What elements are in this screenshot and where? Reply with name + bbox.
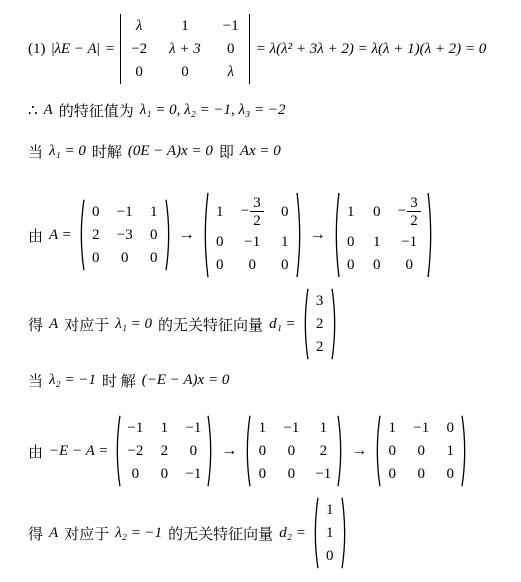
matrix-cell: 0 (387, 441, 397, 461)
matrix-cell: 1 (372, 232, 382, 252)
right-paren (461, 415, 468, 487)
eigenvalue-label: 的特征值为 (59, 100, 134, 121)
fraction-numerator: 3 (407, 195, 421, 212)
matrix-cell: −32 (398, 195, 421, 229)
factored-polynomial: = λ(λ² + 3λ + 2) = λ(λ + 1)(λ + 2) = 0 (256, 41, 487, 58)
matrix-cell: 0 (257, 441, 267, 461)
matrix-cell: −1 (283, 418, 299, 438)
matrix-cell: λ (134, 16, 144, 36)
matrix-cell: 0 (325, 546, 335, 566)
matrix-cell: 1 (180, 16, 190, 36)
right-paren (296, 192, 303, 278)
matrix-cell: 2 (91, 225, 101, 245)
fraction: 32 (250, 195, 264, 229)
left-paren (333, 192, 340, 278)
lambda2-condition: λ₂ = −1 (49, 372, 96, 389)
left-paren (302, 288, 309, 360)
matrix-cell: 0 (149, 248, 159, 268)
row-reduction-line-2: 由 −E − A = −11−1−22000−1 → 1−1100200−1 →… (28, 415, 517, 487)
left-paren (78, 199, 85, 271)
fraction: 32 (407, 195, 421, 229)
eigenvector-d1-line: 得 A 对应于 λ₁ = 0 的无关特征向量 d₁ = 322 (28, 288, 517, 360)
matrix-cell: λ + 3 (169, 39, 201, 59)
matrix-cell: 0 (286, 464, 296, 484)
matrix-cell: 2 (318, 441, 328, 461)
therefore-symbol: ∴ (28, 101, 38, 120)
matrix-grid: −11−1−22000−1 (121, 415, 207, 487)
matrix-minus-E-minus-A: −11−1−22000−1 (114, 415, 214, 487)
eigenvector-label: 的无关特征向量 (168, 523, 273, 544)
equals-sign: = (106, 41, 114, 58)
matrix-cell: 1 (159, 418, 169, 438)
right-paren (165, 199, 172, 271)
matrix-cell: 0 (372, 202, 382, 222)
corresponds-label: 对应于 (64, 523, 109, 544)
get-label: 得 (28, 314, 43, 335)
matrix-cell: 1 (325, 523, 335, 543)
when-label: 当 (28, 141, 43, 162)
get-label: 得 (28, 523, 43, 544)
matrix-grid: 1−3200−11000 (209, 192, 296, 278)
matrix-cell: 0 (445, 418, 455, 438)
matrix-cell: 0 (134, 62, 144, 82)
matrix-grid: 1−10001000 (381, 415, 461, 487)
eigenvector-d1: 322 (302, 288, 338, 360)
matrix-cell: 1 (387, 418, 397, 438)
fraction-sign: − (241, 203, 249, 219)
system-equation: (−E − A)x = 0 (142, 372, 230, 389)
row-reduce-arrow: → (310, 226, 326, 244)
matrix-cell: 0 (120, 248, 130, 268)
matrix-grid: 1−1100200−1 (251, 415, 337, 487)
matrix-cell: 0 (188, 441, 198, 461)
matrix-cell: −1 (223, 16, 239, 36)
matrix-cell: 0 (280, 255, 290, 275)
matrix-cell: −2 (131, 39, 147, 59)
matrix-cell: −2 (127, 441, 143, 461)
left-paren (374, 415, 381, 487)
matrix-grid: 110 (319, 497, 341, 569)
left-paren (312, 497, 319, 569)
right-paren (341, 497, 348, 569)
determinant-bar (249, 14, 250, 84)
by-label: 由 (28, 225, 43, 246)
problem-number: (1) (28, 41, 46, 58)
matrix-cell: 0 (91, 202, 101, 222)
matrix-cell: 0 (416, 464, 426, 484)
solve-label: 时解 (92, 141, 122, 162)
matrix-A-symbol: A (49, 316, 58, 333)
eigenvalue-list: λ₁ = 0, λ₂ = −1, λ₃ = −2 (140, 102, 286, 119)
row-reduction-line-1: 由 A = 0−112−30000 → 1−3200−11000 → 10−32… (28, 192, 517, 278)
matrix-cell: −1 (244, 232, 260, 252)
ax-equation: Ax = 0 (240, 143, 281, 160)
row-reduce-arrow: → (221, 442, 237, 460)
matrix-cell: 0 (346, 232, 356, 252)
matrix-cell: 1 (325, 500, 335, 520)
corresponds-label: 对应于 (64, 314, 109, 335)
d2-equals: d₂ = (279, 525, 306, 542)
matrix-grid: 0−112−30000 (85, 199, 165, 271)
matrix-cell: 0 (404, 255, 414, 275)
left-paren (114, 415, 121, 487)
matrix-cell: 1 (280, 232, 290, 252)
matrix-cell: 0 (91, 248, 101, 268)
characteristic-polynomial-line: (1) |λE − A| = λ1−1−2λ + 3000λ = λ(λ² + … (28, 14, 517, 84)
matrix-cell: 1 (257, 418, 267, 438)
matrix-cell: 0 (387, 464, 397, 484)
matrix-cell: −1 (185, 418, 201, 438)
left-paren (244, 415, 251, 487)
fraction-denominator: 2 (253, 212, 261, 229)
determinant-lhs: |λE − A| (52, 41, 100, 58)
abs-bar-right: | (97, 41, 100, 57)
lambda1-condition: λ₁ = 0 (115, 316, 152, 333)
matrix-cell: 1 (149, 202, 159, 222)
matrix-grid: 10−3201−1000 (340, 192, 427, 278)
solve-label: 时 解 (102, 370, 136, 391)
matrix-cell: 0 (215, 232, 225, 252)
fraction-denominator: 2 (410, 212, 418, 229)
eigenvector-d2-line: 得 A 对应于 λ₂ = −1 的无关特征向量 d₂ = 110 (28, 497, 517, 569)
matrix-cell: 2 (315, 337, 325, 357)
matrix-cell: λ (226, 62, 236, 82)
matrix-cell: 1 (318, 418, 328, 438)
matrix-cell: 2 (159, 441, 169, 461)
matrix-cell: 0 (445, 464, 455, 484)
matrix-A: 0−112−30000 (78, 199, 172, 271)
matrix-cell: 0 (215, 255, 225, 275)
lambda2-condition: λ₂ = −1 (115, 525, 162, 542)
matrix-A-symbol: A (49, 525, 58, 542)
right-paren (207, 415, 214, 487)
matrix-cell: 0 (159, 464, 169, 484)
matrix-cell: 0 (130, 464, 140, 484)
eigenvector-label: 的无关特征向量 (158, 314, 263, 335)
matrix-cell: 0 (226, 39, 236, 59)
eigenvector-d2: 110 (312, 497, 348, 569)
matrix-cell: 0 (149, 225, 159, 245)
matrix-cell: −1 (127, 418, 143, 438)
document-page: { "doc": { "glyphs": { "bar": "|" }, "li… (0, 0, 521, 582)
when-label: 当 (28, 370, 43, 391)
case-lambda2-line: 当 λ₂ = −1 时 解 (−E − A)x = 0 (28, 370, 517, 391)
system-equation: (0E − A)x = 0 (128, 143, 213, 160)
fraction-sign: − (398, 203, 406, 219)
matrix-cell: −1 (185, 464, 201, 484)
matrix-cell: −3 (117, 225, 133, 245)
matrix-cell: 1 (445, 441, 455, 461)
matrix-cell: 1 (346, 202, 356, 222)
row-reduce-arrow: → (351, 442, 367, 460)
fraction-numerator: 3 (250, 195, 264, 212)
matrix-cell: −1 (117, 202, 133, 222)
matrix-cell: −32 (241, 195, 264, 229)
determinant-matrix: λ1−1−2λ + 3000λ (120, 14, 250, 84)
d1-equals: d₁ = (269, 316, 296, 333)
matrix-grid: λ1−1−2λ + 3000λ (121, 14, 249, 84)
matrix-cell: −1 (401, 232, 417, 252)
matrix-A-equals: A = (49, 227, 72, 244)
matrix-cell: 1 (215, 202, 225, 222)
matrix-cell: −1 (315, 464, 331, 484)
matrix-cell: 0 (180, 62, 190, 82)
matrix-cell: 0 (286, 441, 296, 461)
eigenvalues-line: ∴ A 的特征值为 λ₁ = 0, λ₂ = −1, λ₃ = −2 (28, 100, 517, 121)
matrix-cell: 2 (315, 314, 325, 334)
matrix-cell: 0 (372, 255, 382, 275)
right-paren (427, 192, 434, 278)
right-paren (331, 288, 338, 360)
matrix-cell: −1 (413, 418, 429, 438)
matrix-A-symbol: A (44, 102, 53, 119)
matrix-cell: 0 (257, 464, 267, 484)
matrix-grid: 322 (309, 288, 331, 360)
matrix-cell: 0 (280, 202, 290, 222)
matrix-cell: 0 (416, 441, 426, 461)
minus-E-minus-A-equals: −E − A = (49, 443, 108, 460)
lambda-E-minus-A: λE − A (55, 41, 97, 57)
matrix-cell: 3 (315, 291, 325, 311)
row-reduced-matrix-4: 1−10001000 (374, 415, 468, 487)
row-reduced-matrix-3: 1−1100200−1 (244, 415, 344, 487)
left-paren (202, 192, 209, 278)
row-reduced-matrix-2: 10−3201−1000 (333, 192, 434, 278)
row-reduced-matrix-1: 1−3200−11000 (202, 192, 303, 278)
matrix-cell: 0 (346, 255, 356, 275)
row-reduce-arrow: → (179, 226, 195, 244)
matrix-cell: 0 (247, 255, 257, 275)
case-lambda1-line: 当 λ₁ = 0 时解 (0E − A)x = 0 即 Ax = 0 (28, 141, 517, 162)
lambda1-condition: λ₁ = 0 (49, 143, 86, 160)
right-paren (337, 415, 344, 487)
that-is-label: 即 (219, 141, 234, 162)
by-label: 由 (28, 441, 43, 462)
